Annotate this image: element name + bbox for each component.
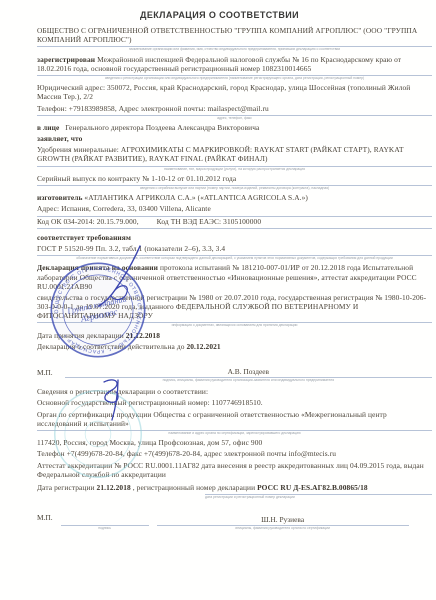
- registrar-signature-area: подпись: [61, 516, 149, 530]
- manufacturer-lead: изготовитель: [37, 193, 82, 202]
- manufacturer-name: «АТЛАНТИКА АГРИКОЛА С.А.» («ATLANTICA AG…: [84, 193, 308, 202]
- reg-number-lead: , регистрационный номер декларации: [133, 483, 255, 492]
- legal-address: Юридический адрес: 350072, Россия, край …: [37, 83, 432, 101]
- document-title: ДЕКЛАРАЦИЯ О СООТВЕТСТВИИ: [37, 10, 402, 20]
- field-caption: инициалы, фамилия руководителя органа по…: [157, 526, 409, 530]
- reg-date-value: 21.12.2018: [97, 483, 131, 492]
- reg-number-value: РОСС RU Д-ES.АГ82.В.00865/18: [257, 483, 368, 492]
- field-caption: подпись: [61, 526, 149, 530]
- serial-release: Серийный выпуск по контракту № 1-10-12 о…: [37, 174, 432, 183]
- field-caption: наименование организации или фамилия, им…: [65, 47, 404, 51]
- field-caption: сведения о серийном выпуске или партии (…: [65, 186, 404, 190]
- in-face-line: в лице Генерального директора Поздеева А…: [37, 123, 432, 132]
- code-tnved: Код ТН ВЭД ЕАЭС: 3105100000: [157, 217, 261, 226]
- registrar-signature-ink: [86, 376, 146, 424]
- declaration-document: ДЕКЛАРАЦИЯ О СООТВЕТСТВИИ ОБЩЕСТВО С ОГР…: [0, 0, 436, 600]
- field-caption: сведения о регистрации организации или и…: [65, 76, 404, 80]
- spacer: [61, 516, 149, 525]
- code-ok: Код ОК 034-2014: 20.15.79.000,: [37, 217, 139, 226]
- registration-info: зарегистрирован Межрайонной инспекцией Ф…: [37, 55, 432, 73]
- reg-date-lead: Дата регистрации: [37, 483, 95, 492]
- in-face-lead: в лице: [37, 123, 59, 132]
- registrar-name: Ш.Н. Рузиева: [157, 515, 409, 524]
- manufacturer-address: Адрес: Испания, Corredera, 33, 03400 Vil…: [37, 204, 432, 213]
- applicant-name: ОБЩЕСТВО С ОГРАНИЧЕННОЙ ОТВЕТСТВЕННОСТЬЮ…: [37, 26, 432, 44]
- conforms-heading: соответствует требованиям: [37, 233, 432, 242]
- field-caption: адрес, телефон, факс: [65, 116, 404, 120]
- registration-lead: зарегистрирован: [37, 55, 95, 64]
- declares-line: заявляет, что: [37, 134, 432, 143]
- valid-until-value: 20.12.2021: [186, 342, 220, 351]
- phone-email: Телефон: +79183989858, Адрес электронной…: [37, 104, 432, 113]
- seal-placeholder-2: М.П.: [37, 513, 53, 530]
- field-caption: наименование, тип, марка продукции (услу…: [65, 167, 404, 171]
- product-description: Удобрения минеральные: АГРОХИМИКАТЫ С МА…: [37, 145, 432, 163]
- director-name: Генерального директора Поздеева Александ…: [65, 123, 259, 132]
- registration-date-line: Дата регистрации 21.12.2018 , регистраци…: [37, 483, 432, 492]
- field-caption: дата регистрации и регистрационный номер…: [205, 495, 404, 499]
- applicant-signatory-name: А.В. Поздеев: [65, 367, 432, 376]
- manufacturer-line: изготовитель «АТЛАНТИКА АГРИКОЛА С.А.» (…: [37, 193, 432, 202]
- registrar-signature-block: М.П. подпись Ш.Н. Рузиева инициалы, фами…: [37, 513, 432, 530]
- product-codes: Код ОК 034-2014: 20.15.79.000,Код ТН ВЭД…: [37, 217, 432, 226]
- registrar-name-area: Ш.Н. Рузиева инициалы, фамилия руководит…: [157, 515, 409, 530]
- divider: [37, 228, 432, 229]
- applicant-signature-ink: [85, 244, 165, 314]
- seal-placeholder-1: М.П.: [37, 368, 53, 385]
